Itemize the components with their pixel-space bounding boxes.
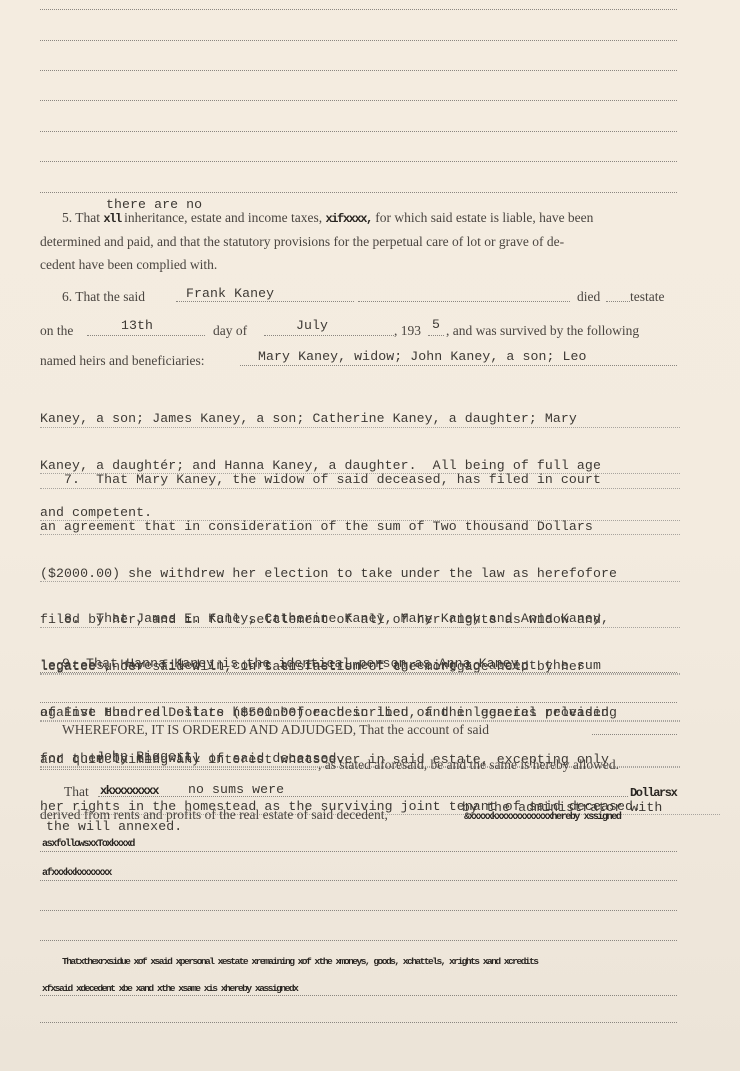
item5-end: for which said estate is liable, have be… [375, 210, 593, 225]
death-month: July [296, 318, 328, 333]
item5-mid: inheritance, estate and income taxes, [124, 210, 322, 225]
death-year-digit: 5 [432, 317, 440, 332]
struck-text: xll [103, 212, 120, 226]
item9-text: 9. That Hanna Kaney is the identical per… [62, 656, 527, 671]
blank-rule [40, 910, 677, 911]
blank-rule [40, 40, 677, 41]
label-died: died [577, 289, 600, 305]
blank-rule [40, 161, 677, 162]
item8-line: of Five Hundred Dollars ($500.00) each i… [40, 705, 680, 721]
label-on-the: on the [40, 323, 73, 339]
month-field [264, 321, 394, 336]
struck-text: xfxsaid xdecedent xbe xand xthe xsame xi… [42, 983, 297, 994]
item5-prefix: 5. That [62, 210, 100, 225]
item7-line: 7. That Mary Kaney, the widow of said de… [40, 472, 680, 488]
label-day-of: day of [213, 323, 247, 339]
blank-rule [40, 70, 677, 71]
accountant-name: John Riggert [96, 749, 192, 764]
blank-field [358, 287, 570, 302]
struck-text: xifxxxx, [325, 212, 371, 226]
item5-line2: determined and paid, and that the statut… [40, 234, 564, 250]
heirs-line: Kaney, a son; James Kaney, a son; Cather… [40, 411, 680, 427]
blank-rule [40, 9, 677, 10]
blank-rule [40, 100, 677, 101]
struck-text: asxfollowsxxToxkxxxd [42, 839, 134, 850]
label-survived: , and was survived by the following [446, 323, 639, 339]
item7-line: ($2000.00) she withdrew her election to … [40, 566, 680, 582]
sums-field [98, 782, 628, 797]
label-year-prefix: , 193 [394, 323, 421, 339]
blank-rule [40, 940, 677, 941]
item7-line: an agreement that in consideration of th… [40, 519, 680, 535]
item5-line1: 5. That xll inheritance, estate and inco… [62, 210, 593, 226]
struck-text: xkxxxxxxxx [100, 784, 158, 798]
blank-rule [40, 1022, 677, 1023]
heirs-line: Mary Kaney, widow; John Kaney, a son; Le… [258, 349, 587, 364]
death-day: 13th [121, 318, 153, 333]
order-heading-line: WHEREFORE, IT IS ORDERED AND ADJUDGED, T… [62, 722, 489, 738]
struck-text: &xxxxxkxxxxxxxxxxxxhereby xssigned [464, 812, 620, 823]
item8-line: 8. That James E. Kaney, Catherine Kaney,… [40, 611, 680, 627]
sums-text: no sums were [188, 782, 284, 797]
will-annexed: the will annexed. [46, 819, 182, 834]
item5-line3: cedent have been complied with. [40, 257, 217, 273]
blank-field [40, 837, 677, 852]
that-label: That [64, 784, 89, 800]
blank-rule [40, 131, 677, 132]
label-testate: testate [630, 289, 664, 305]
blank-field [40, 866, 677, 881]
account-of-field [592, 720, 677, 735]
testate-prefix-field [606, 287, 630, 302]
struck-text: Thatxthexrxsidue xof xsaid xpersonal xes… [62, 956, 537, 967]
blank-rule [40, 702, 677, 703]
struck-dollars: Dollarsx [630, 786, 676, 800]
label-heirs: named heirs and beneficiaries: [40, 353, 205, 369]
blank-rule [40, 192, 677, 193]
struck-text: afxxxkxkxxxxxxx [42, 868, 111, 879]
item6-label-that: 6. That the said [62, 289, 145, 305]
decedent-name: Frank Kaney [186, 286, 274, 301]
probate-order-page: there are no 5. That xll inheritance, es… [0, 0, 740, 1071]
allowed-line: , as stated aforesaid, be and the same i… [318, 757, 619, 773]
